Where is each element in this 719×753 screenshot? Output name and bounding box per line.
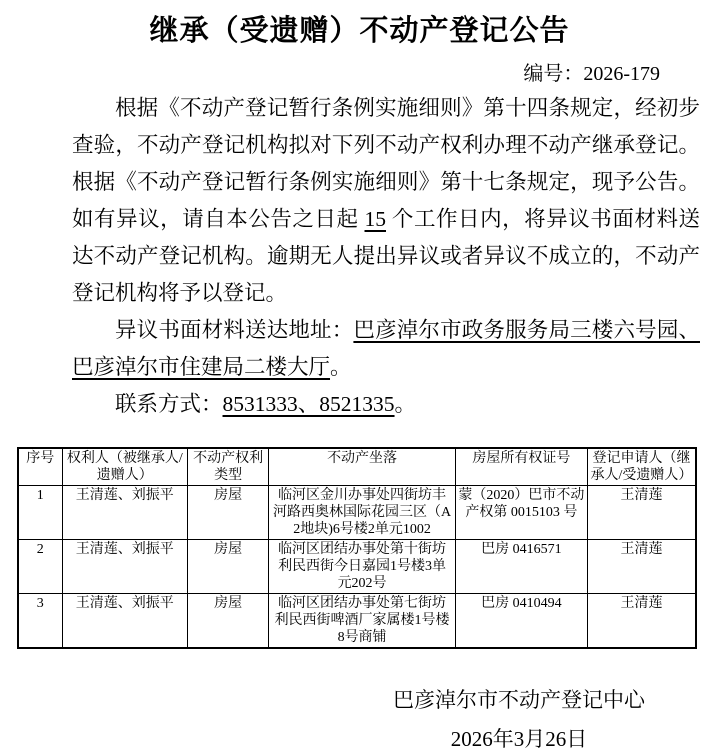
cell-cert: 蒙（2020）巴市不动产权第 0015103 号	[455, 486, 587, 540]
cell-type: 房屋	[187, 486, 268, 540]
cell-type: 房屋	[187, 540, 268, 594]
cell-seq: 3	[18, 594, 62, 649]
cell-applicant: 王清莲	[587, 540, 696, 594]
cell-cert: 巴房 0410494	[455, 594, 587, 649]
contact-phones: 8531333、8521335	[223, 392, 395, 416]
cell-owner: 王清莲、刘振平	[62, 594, 187, 649]
header-location: 不动产坐落	[269, 448, 455, 486]
table-row: 3 王清莲、刘振平 房屋 临河区团结办事处第七街坊利民西街啤酒厂家属楼1号楼8号…	[18, 594, 696, 649]
issuer-name: 巴彦淖尔市不动产登记中心	[319, 681, 719, 720]
cell-location: 临河区金川办事处四街坊丰河路西奥林国际花园三区（A2地块)6号楼2单元1002	[269, 486, 455, 540]
notice-footer: 巴彦淖尔市不动产登记中心 2026年3月26日	[319, 681, 719, 753]
cell-location: 临河区团结办事处第七街坊利民西街啤酒厂家属楼1号楼8号商铺	[269, 594, 455, 649]
issue-date: 2026年3月26日	[319, 720, 719, 753]
paragraph-contact: 联系方式：8531333、8521335。	[72, 386, 700, 423]
table-header-row: 序号 权利人（被继承人/遗赠人） 不动产权利类型 不动产坐落 房屋所有权证号 登…	[18, 448, 696, 486]
header-owner: 权利人（被继承人/遗赠人）	[62, 448, 187, 486]
header-seq: 序号	[18, 448, 62, 486]
cell-owner: 王清莲、刘振平	[62, 486, 187, 540]
header-applicant: 登记申请人（继承人/受遗赠人）	[587, 448, 696, 486]
contact-label: 联系方式：	[115, 392, 223, 416]
cell-seq: 2	[18, 540, 62, 594]
cell-cert: 巴房 0416571	[455, 540, 587, 594]
paragraph-address: 异议书面材料送达地址：巴彦淖尔市政务服务局三楼六号园、巴彦淖尔市住建局二楼大厅。	[72, 312, 700, 386]
contact-period: 。	[395, 392, 417, 416]
notice-document: 继承（受遗赠）不动产登记公告 编号：2026-179 根据《不动产登记暂行条例实…	[0, 0, 719, 753]
address-label: 异议书面材料送达地址：	[115, 318, 353, 342]
cell-applicant: 王清莲	[587, 594, 696, 649]
cell-seq: 1	[18, 486, 62, 540]
doc-number: 编号：2026-179	[0, 62, 719, 86]
table-row: 1 王清莲、刘振平 房屋 临河区金川办事处四街坊丰河路西奥林国际花园三区（A2地…	[18, 486, 696, 540]
deadline-days: 15	[365, 207, 387, 231]
cell-applicant: 王清莲	[587, 486, 696, 540]
header-type: 不动产权利类型	[187, 448, 268, 486]
cell-owner: 王清莲、刘振平	[62, 540, 187, 594]
paragraph-main: 根据《不动产登记暂行条例实施细则》第十四条规定，经初步查验，不动产登记机构拟对下…	[72, 90, 700, 312]
page-title: 继承（受遗赠）不动产登记公告	[0, 0, 719, 49]
header-cert: 房屋所有权证号	[455, 448, 587, 486]
table-row: 2 王清莲、刘振平 房屋 临河区团结办事处第十街坊利民西街今日嘉园1号楼3单元2…	[18, 540, 696, 594]
address-period: 。	[330, 355, 352, 379]
cell-type: 房屋	[187, 594, 268, 649]
notice-body: 根据《不动产登记暂行条例实施细则》第十四条规定，经初步查验，不动产登记机构拟对下…	[72, 90, 700, 423]
property-table: 序号 权利人（被继承人/遗赠人） 不动产权利类型 不动产坐落 房屋所有权证号 登…	[17, 447, 697, 649]
cell-location: 临河区团结办事处第十街坊利民西街今日嘉园1号楼3单元202号	[269, 540, 455, 594]
